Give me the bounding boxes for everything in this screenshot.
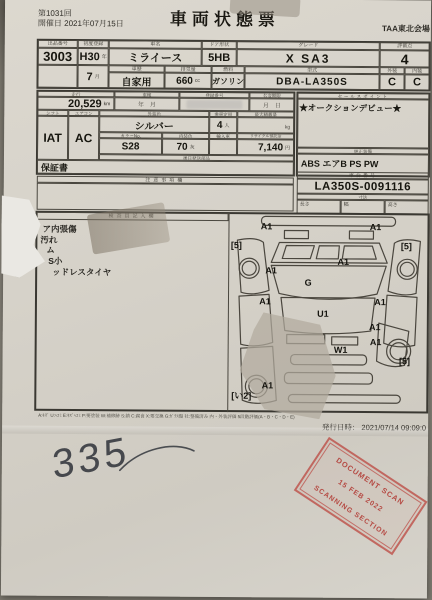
import-cell <box>209 139 237 155</box>
grade: X SA3 <box>237 49 380 67</box>
first-reg-month: 7 月 <box>77 65 108 88</box>
aircon: AC <box>68 116 99 160</box>
caution-box <box>37 183 294 212</box>
damage-mark: A1 <box>259 296 271 306</box>
sales-point-box: ★オークションデビュー★ <box>297 99 429 149</box>
seats: 4 人 <box>209 117 237 133</box>
interior-color-value: 70 <box>176 141 187 152</box>
mileage-value: 20,529 <box>68 97 102 109</box>
exterior-color: シルバー <box>99 116 209 133</box>
damage-mark: A1 <box>370 337 382 347</box>
lot-label: 出品番号 <box>38 40 78 48</box>
door-label: ドア形状 <box>202 41 237 49</box>
held-date-label: 開催日 <box>38 19 62 28</box>
recycle-fee: 7,140 円 <box>237 139 294 155</box>
held-date-value: 2021年07月15日 <box>64 19 124 28</box>
document-scan-stamp: DOCUMENT SCAN 15 FEB 2022 SCANNING SECTI… <box>294 437 428 555</box>
inspector-box-label: 検査員記入欄 <box>37 212 229 221</box>
photo-of-auction-sheet: { "meta": { "round": "第1031回", "held_lab… <box>0 0 432 600</box>
color-no: S28 <box>99 138 162 154</box>
inspector-notes: ア内張傷汚れムS小ッドレスタイヤ <box>38 222 225 407</box>
use-history: 自家用 <box>108 72 164 88</box>
exterior-grade: C <box>379 74 404 90</box>
damage-mark: A1 <box>370 222 382 232</box>
issued-label: 発行日時： <box>322 423 360 432</box>
displacement-unit: cc <box>195 78 200 84</box>
lot-number: 3003 <box>38 48 78 65</box>
max-load: kg <box>237 117 294 133</box>
damage-mark: A1 <box>265 265 277 275</box>
damage-mark: [5] <box>231 240 242 250</box>
vin: LA350S-0091116 <box>297 179 429 195</box>
venue: TAA東北会場 <box>330 23 430 35</box>
interior-color-note: 灰 <box>190 143 195 150</box>
recycle-fee-unit: 円 <box>285 144 290 151</box>
handwriting-flourish <box>48 432 199 508</box>
car-damage-diagram: A1A1[5][5]A1A1GA1A1U1A1A1W1[5]A1[い2] <box>228 212 428 412</box>
damage-mark: A1 <box>369 322 381 332</box>
displacement-value: 660 <box>176 75 193 86</box>
seats-value: 4 <box>217 120 223 131</box>
interior-color: 70 灰 <box>162 139 209 155</box>
model-code: DBA-LA350S <box>244 73 379 90</box>
recycle-fee-value: 7,140 <box>258 142 283 153</box>
lot-empty-cell <box>37 65 77 88</box>
stamp-inner-border: DOCUMENT SCAN 15 FEB 2022 SCANNING SECTI… <box>299 442 422 549</box>
damage-mark: [5] <box>399 356 410 366</box>
fuel: ガソリン <box>211 73 244 89</box>
held-date: 開催日 2021年07月15日 <box>38 18 124 30</box>
shaken-placeholder: 年 月 <box>114 97 179 110</box>
damage-mark: A1 <box>261 221 273 231</box>
auction-score: 4 <box>380 50 430 67</box>
first-reg-month-value: 7 <box>86 71 92 83</box>
door-shape: 5HB <box>202 49 237 66</box>
damage-mark: G <box>305 278 312 288</box>
inspector-note-line: ア内張傷 <box>42 224 225 236</box>
interior-grade: C <box>404 74 429 90</box>
issued-datetime: 2021/07/14 09:09:0 <box>361 423 426 432</box>
first-reg-year-value: H30 <box>80 51 100 63</box>
car-name: ミライース <box>109 48 202 66</box>
mileage: 20,529 km <box>37 97 114 111</box>
later-parts: 保証書 <box>37 160 294 176</box>
damage-mark: U1 <box>317 309 329 319</box>
reg-number-smudge <box>186 100 242 109</box>
legend-line: A:ｷｽﾞ U:ﾍｺﾐ E:ｷｽﾞﾍｺﾐ P:要塗装 W:補修跡 S:錆 C:腐… <box>38 413 398 422</box>
issued-line: 発行日時： 2021/07/14 09:09:0 <box>232 421 426 433</box>
page-title: 車両状態票 <box>125 4 325 30</box>
auction-sheet-paper: 第1031回 開催日 2021年07月15日 車両状態票 TAA東北会場 出品番… <box>1 0 431 598</box>
first-reg-year: H30 年 <box>78 48 109 65</box>
damage-mark: A1 <box>262 380 274 390</box>
displacement: 660 cc <box>164 73 211 89</box>
first-reg-year-unit: 年 <box>102 53 107 60</box>
name-change-placeholder: 月 日 <box>249 98 294 111</box>
damage-mark: [い2] <box>231 389 251 402</box>
first-reg-label: 初度登録 <box>78 40 109 48</box>
first-reg-month-unit: 月 <box>95 73 100 80</box>
shift: IAT <box>37 116 68 160</box>
inspector-note-line: ッドレスタイヤ <box>52 266 225 278</box>
seats-unit: 人 <box>224 122 229 129</box>
damage-mark: A1 <box>337 257 349 267</box>
damage-mark: W1 <box>334 345 348 355</box>
sales-point-text: ★オークションデビュー★ <box>298 100 428 117</box>
damage-mark: [5] <box>401 241 412 251</box>
damage-mark: A1 <box>374 297 386 307</box>
mileage-unit: km <box>104 101 111 107</box>
